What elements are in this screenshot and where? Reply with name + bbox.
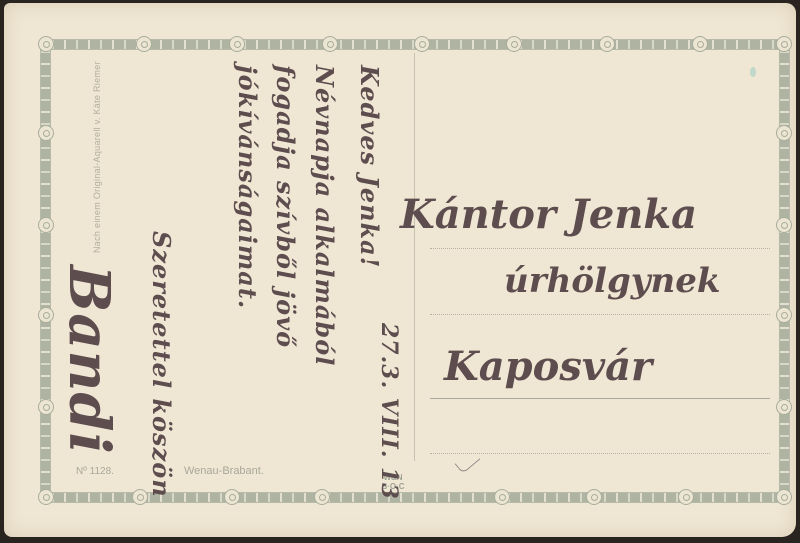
rosette-icon: [229, 36, 245, 52]
signature: Bandi: [56, 265, 122, 455]
address-line-4: [430, 453, 770, 454]
rosette-icon: [38, 36, 54, 52]
rosette-icon: [776, 307, 792, 323]
address-line-3: [430, 398, 770, 399]
rosette-icon: [224, 489, 240, 505]
ink-stain: [750, 67, 756, 77]
rosette-icon: [132, 489, 148, 505]
message-line-3: fogadja szívből jövő: [271, 65, 300, 348]
publisher: Wenau-Brabant.: [184, 465, 264, 477]
address-line-2: [430, 314, 770, 315]
rosette-icon: [136, 36, 152, 52]
message-line-2: Névnapja alkalmából: [310, 65, 339, 366]
address-city: Kaposvár: [444, 343, 652, 390]
rosette-icon: [692, 36, 708, 52]
rosette-icon: [38, 489, 54, 505]
rosette-icon: [38, 399, 54, 415]
artist-credit: Nach einem Original-Aquarell v. Käte Rie…: [92, 61, 102, 253]
rosette-icon: [776, 399, 792, 415]
rosette-icon: [414, 36, 430, 52]
rosette-icon: [38, 125, 54, 141]
address-line-1: [430, 248, 770, 249]
rosette-icon: [494, 489, 510, 505]
postcard: Nº 1128. Wenau-Brabant. Nach einem Origi…: [4, 3, 796, 537]
rosette-icon: [38, 307, 54, 323]
border-top: [42, 39, 780, 50]
message-line-5: Szeretettel köszön: [147, 231, 176, 498]
message-date: 27.3. VIII. 13: [376, 323, 402, 500]
rosette-icon: [599, 36, 615, 52]
border-left: [40, 43, 51, 495]
rosette-icon: [776, 489, 792, 505]
rosette-icon: [776, 125, 792, 141]
address-title: úrhölgynek: [504, 261, 720, 301]
address-recipient: Kántor Jenka: [400, 191, 697, 238]
border-right: [779, 43, 790, 495]
center-divider: [414, 53, 415, 461]
rosette-icon: [586, 489, 602, 505]
series-number: Nº 1128.: [76, 466, 114, 477]
rosette-icon: [776, 217, 792, 233]
rosette-icon: [776, 36, 792, 52]
rosette-icon: [506, 36, 522, 52]
rosette-icon: [314, 489, 330, 505]
message-line-4: jókívánságaimat.: [233, 65, 262, 309]
message-line-1: Kedves Jenka!: [355, 65, 384, 268]
rosette-icon: [38, 217, 54, 233]
rosette-icon: [322, 36, 338, 52]
rosette-icon: [678, 489, 694, 505]
